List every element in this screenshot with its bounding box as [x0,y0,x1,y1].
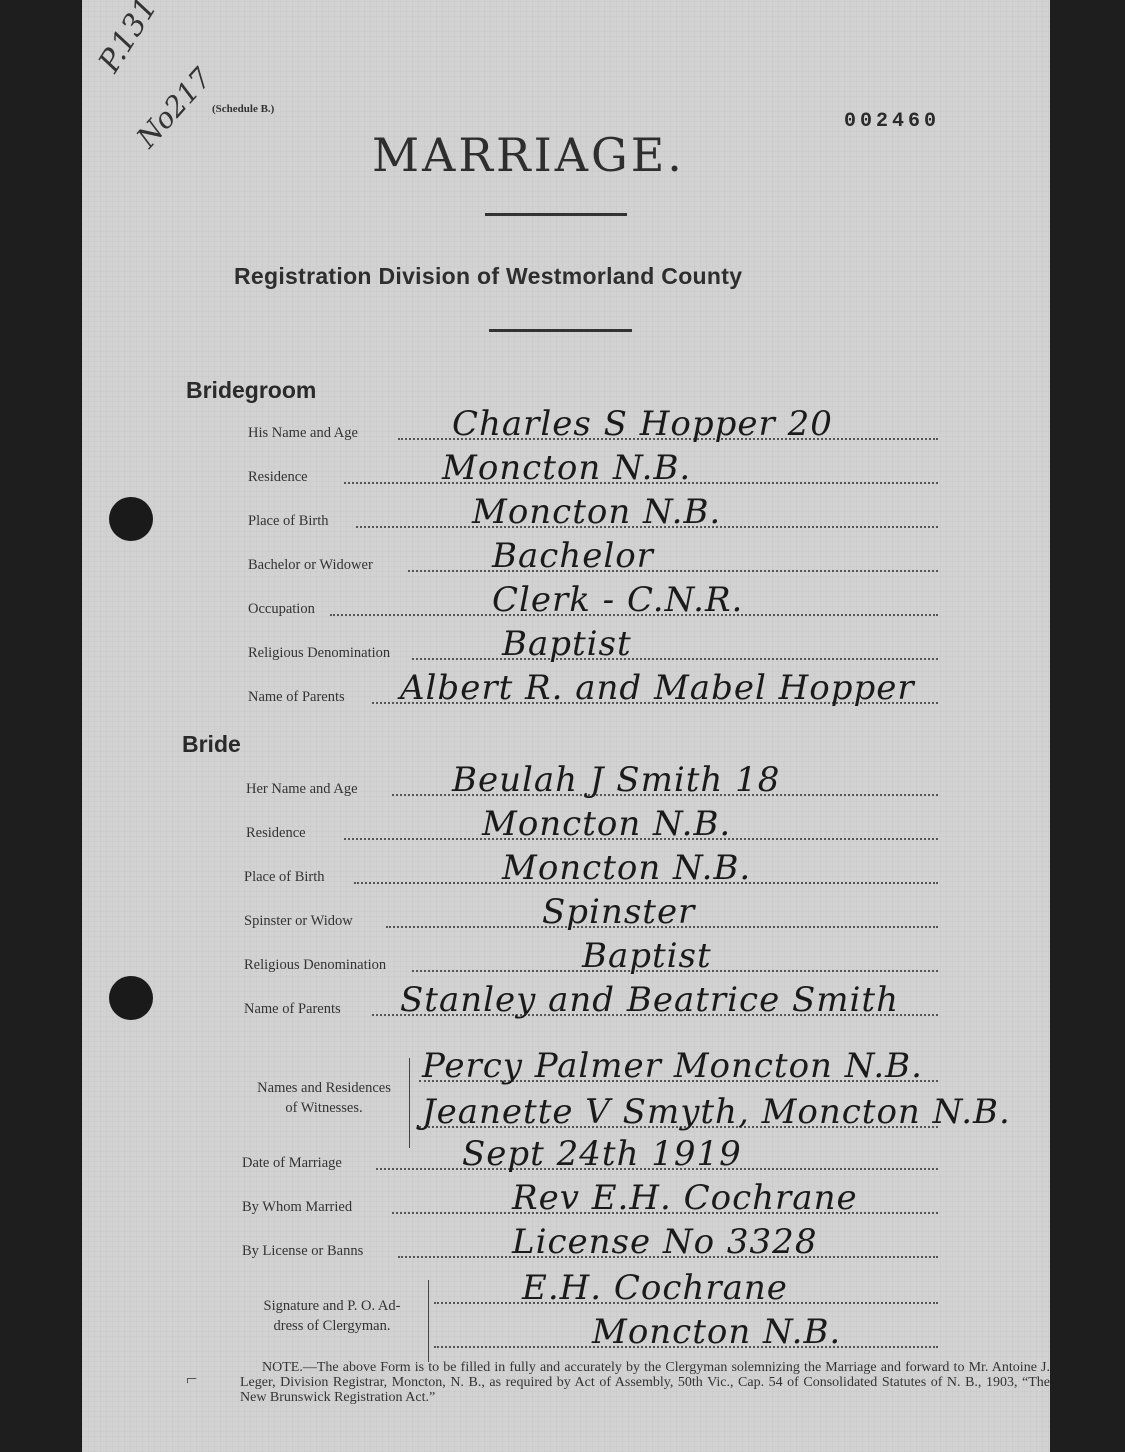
fill-line [412,658,938,660]
form-note: NOTE.—The above Form is to be filled in … [240,1360,1050,1405]
groom-name-age-value: Charles S Hopper 20 [452,404,833,444]
handwritten-page-number: P.131 [92,0,165,79]
marriage-registration-form: P.131 No217 (Schedule B.) 002460 MARRIAG… [82,0,1050,1452]
field-label: Place of Birth [248,513,329,530]
license-or-banns-value: License No 3328 [512,1222,817,1262]
witness-1-value: Percy Palmer Moncton N.B. [422,1046,923,1086]
handwritten-page-note: P.131 [92,0,165,79]
field-label: Date of Marriage [242,1155,342,1172]
fill-line [408,570,938,572]
field-label: Place of Birth [244,869,325,886]
by-whom-married-row: By Whom Married Rev E.H. Cochrane [82,1188,1050,1218]
bride-religion-value: Baptist [582,936,712,976]
groom-marital-status-value: Bachelor [492,536,654,576]
by-whom-married-value: Rev E.H. Cochrane [512,1178,858,1218]
groom-parents-row: Name of Parents Albert R. and Mabel Hopp… [82,678,1050,708]
bride-residence-value: Moncton N.B. [482,804,731,844]
field-label: Religious Denomination [244,957,386,974]
field-label: By Whom Married [242,1199,352,1216]
bride-residence-row: Residence Moncton N.B. [82,814,1050,844]
groom-religion-value: Baptist [502,624,632,664]
form-note-text: NOTE.—The above Form is to be filled in … [240,1360,1050,1405]
field-label: Spinster or Widow [244,913,353,930]
serial-number: 002460 [844,110,940,133]
field-label: Her Name and Age [246,781,358,798]
bride-name-age-row: Her Name and Age Beulah J Smith 18 [82,770,1050,800]
document-title: MARRIAGE. [372,128,685,182]
groom-residence-value: Moncton N.B. [442,448,691,488]
bride-heading: Bride [182,731,241,758]
clergyman-signature-value: E.H. Cochrane [522,1268,788,1308]
witness-2-value: Jeanette V Smyth, Moncton N.B. [422,1092,1011,1132]
field-label: Occupation [248,601,315,618]
handwritten-record-number: No217 [130,62,218,155]
groom-birthplace-value: Moncton N.B. [472,492,721,532]
date-of-marriage-value: Sept 24th 1919 [462,1134,742,1174]
registration-division: Registration Division of Westmorland Cou… [234,263,742,290]
field-label: Name of Parents [244,1001,341,1018]
bride-birthplace-value: Moncton N.B. [502,848,751,888]
field-label: His Name and Age [248,425,358,442]
groom-religion-row: Religious Denomination Baptist [82,634,1050,664]
groom-occupation-value: Clerk - C.N.R. [492,580,743,620]
field-label: By License or Banns [242,1243,363,1260]
schedule-label: (Schedule B.) [212,103,274,115]
groom-occupation-row: Occupation Clerk - C.N.R. [82,590,1050,620]
bride-parents-value: Stanley and Beatrice Smith [400,980,899,1020]
license-or-banns-row: By License or Banns License No 3328 [82,1232,1050,1262]
bride-religion-row: Religious Denomination Baptist [82,946,1050,976]
division-divider [489,329,632,332]
witness-2-row: Jeanette V Smyth, Moncton N.B. [82,1102,1050,1132]
clergyman-address-value: Moncton N.B. [592,1312,841,1352]
bride-name-age-value: Beulah J Smith 18 [452,760,780,800]
bride-birthplace-row: Place of Birth Moncton N.B. [82,858,1050,888]
groom-birthplace-row: Place of Birth Moncton N.B. [82,502,1050,532]
field-label: Bachelor or Widower [248,557,373,574]
groom-marital-status-row: Bachelor or Widower Bachelor [82,546,1050,576]
handwritten-record-number-text: No217 [130,62,218,155]
field-label: Name of Parents [248,689,345,706]
stray-pen-mark: ⌐ [186,1368,197,1391]
clergyman-address-row: Moncton N.B. [82,1322,1050,1352]
bridegroom-heading: Bridegroom [186,377,316,404]
field-label: Residence [246,825,306,842]
date-of-marriage-row: Date of Marriage Sept 24th 1919 [82,1144,1050,1174]
witness-1-row: Percy Palmer Moncton N.B. [82,1056,1050,1086]
groom-name-age-row: His Name and Age Charles S Hopper 20 [82,414,1050,444]
bride-parents-row: Name of Parents Stanley and Beatrice Smi… [82,990,1050,1020]
clergyman-signature-row: E.H. Cochrane [82,1278,1050,1308]
groom-parents-value: Albert R. and Mabel Hopper [400,668,915,708]
groom-residence-row: Residence Moncton N.B. [82,458,1050,488]
bride-marital-status-row: Spinster or Widow Spinster [82,902,1050,932]
field-label: Religious Denomination [248,645,390,662]
bride-marital-status-value: Spinster [542,892,695,932]
field-label: Residence [248,469,308,486]
title-divider [485,213,627,216]
